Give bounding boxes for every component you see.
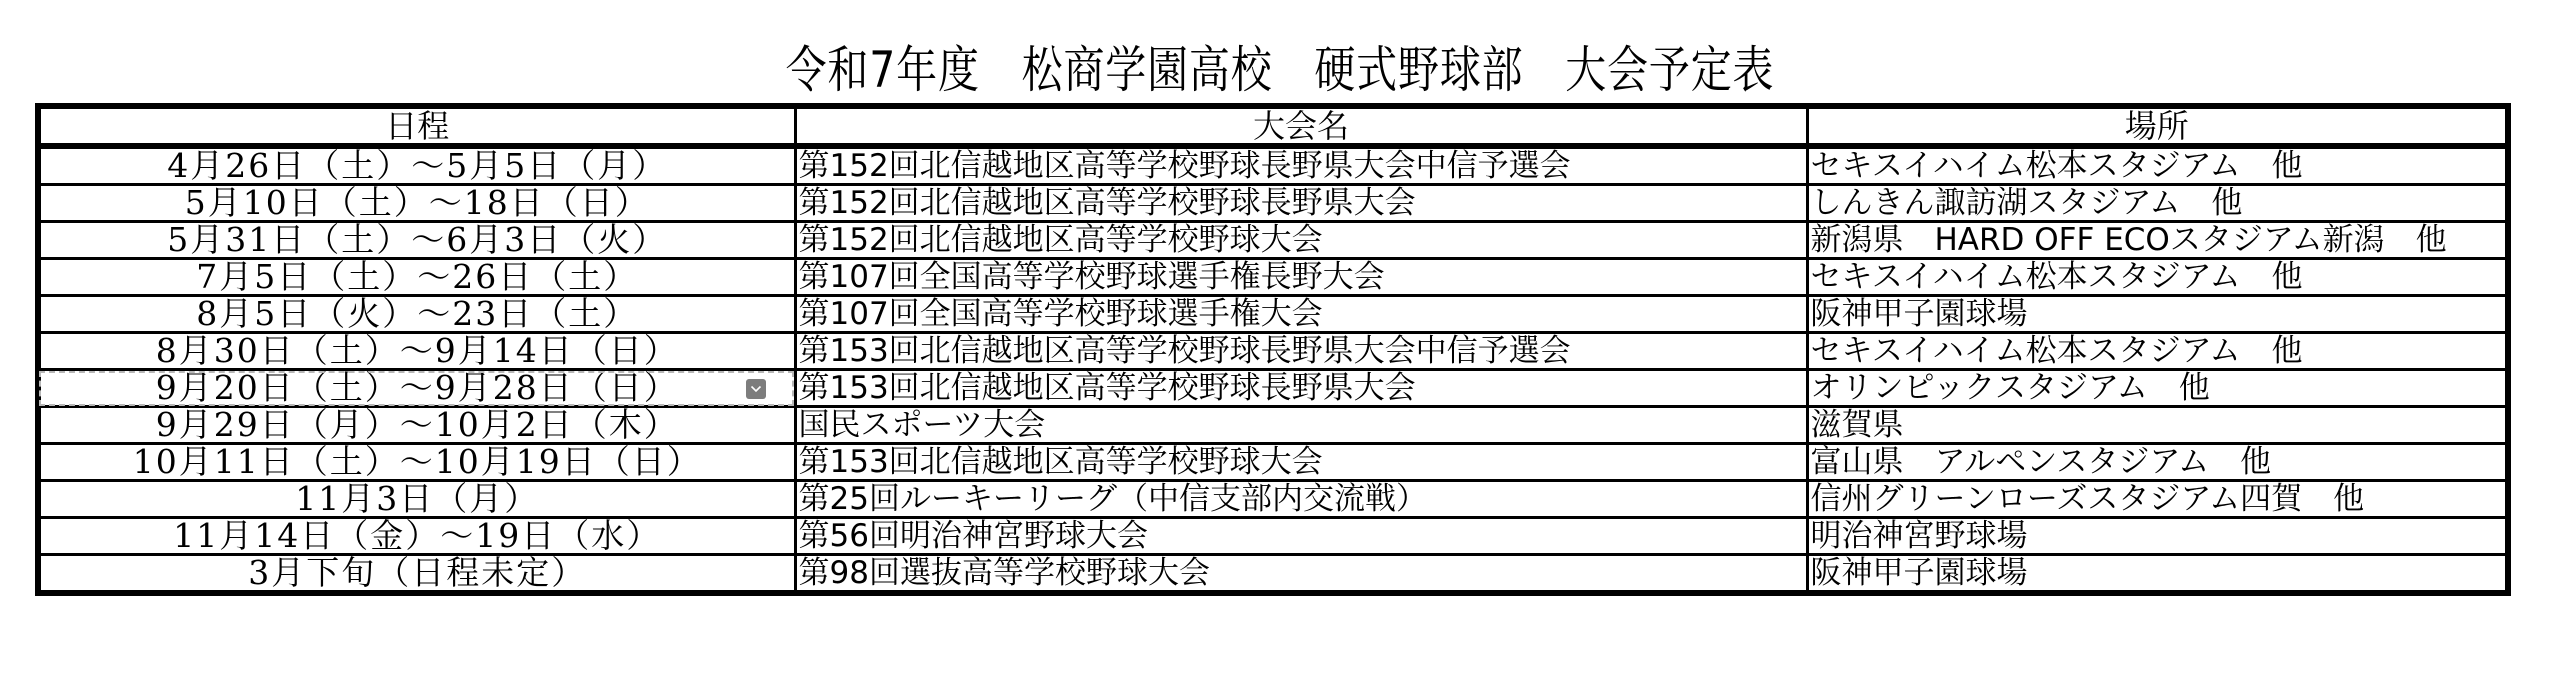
venue-cell[interactable]: オリンピックスタジアム 他 xyxy=(1807,370,2508,407)
header-name: 大会名 xyxy=(795,106,1807,146)
table-row: 9月29日（月）～10月2日（木） 国民スポーツ大会 滋賀県 xyxy=(38,407,2508,444)
header-row: 日程 大会名 場所 xyxy=(38,106,2508,146)
date-cell[interactable]: 8月30日（土）～9月14日（日） xyxy=(38,333,795,370)
date-cell[interactable]: 4月26日（土）～5月5日（月） xyxy=(38,146,795,185)
chevron-down-icon xyxy=(750,385,762,393)
table-row: 8月30日（土）～9月14日（日） 第153回北信越地区高等学校野球長野県大会中… xyxy=(38,333,2508,370)
venue-cell[interactable]: しんきん諏訪湖スタジアム 他 xyxy=(1807,185,2508,222)
page-title: 令和7年度 松商学園高校 硬式野球部 大会予定表 xyxy=(230,40,2329,100)
venue-cell[interactable]: 富山県 アルペンスタジアム 他 xyxy=(1807,444,2508,481)
event-name-cell[interactable]: 第152回北信越地区高等学校野球長野県大会 xyxy=(795,185,1807,222)
event-name-cell[interactable]: 第153回北信越地区高等学校野球長野県大会中信予選会 xyxy=(795,333,1807,370)
date-cell[interactable]: 5月10日（土）～18日（日） xyxy=(38,185,795,222)
table-row: 8月5日（火）～23日（土） 第107回全国高等学校野球選手権大会 阪神甲子園球… xyxy=(38,296,2508,333)
venue-cell[interactable]: 信州グリーンローズスタジアム四賀 他 xyxy=(1807,481,2508,518)
event-name-cell[interactable]: 第107回全国高等学校野球選手権長野大会 xyxy=(795,259,1807,296)
event-name-cell[interactable]: 第107回全国高等学校野球選手権大会 xyxy=(795,296,1807,333)
date-cell-selected[interactable]: 9月20日（土）～9月28日（日） xyxy=(38,370,795,407)
venue-cell[interactable]: 明治神宮野球場 xyxy=(1807,518,2508,555)
event-name-cell[interactable]: 第56回明治神宮野球大会 xyxy=(795,518,1807,555)
date-cell[interactable]: 3月下旬（日程未定） xyxy=(38,555,795,594)
table-row: 3月下旬（日程未定） 第98回選抜高等学校野球大会 阪神甲子園球場 xyxy=(38,555,2508,594)
table-row: 7月5日（土）～26日（土） 第107回全国高等学校野球選手権長野大会 セキスイ… xyxy=(38,259,2508,296)
event-name-cell[interactable]: 第25回ルーキーリーグ（中信支部内交流戦） xyxy=(795,481,1807,518)
venue-cell[interactable]: セキスイハイム松本スタジアム 他 xyxy=(1807,146,2508,185)
table-row: 11月3日（月） 第25回ルーキーリーグ（中信支部内交流戦） 信州グリーンローズ… xyxy=(38,481,2508,518)
date-text: 9月20日（土）～9月28日（日） xyxy=(156,371,679,405)
header-place: 場所 xyxy=(1807,106,2508,146)
event-name-cell[interactable]: 第152回北信越地区高等学校野球長野県大会中信予選会 xyxy=(795,146,1807,185)
date-cell[interactable]: 11月14日（金）～19日（水） xyxy=(38,518,795,555)
schedule-table: 日程 大会名 場所 4月26日（土）～5月5日（月） 第152回北信越地区高等学… xyxy=(35,103,2511,596)
table-row-selected: 9月20日（土）～9月28日（日） 第153回北信越地区高等学校野球長野県大会 … xyxy=(38,370,2508,407)
event-name-cell[interactable]: 第152回北信越地区高等学校野球大会 xyxy=(795,222,1807,259)
venue-cell[interactable]: 阪神甲子園球場 xyxy=(1807,296,2508,333)
date-cell[interactable]: 7月5日（土）～26日（土） xyxy=(38,259,795,296)
venue-cell[interactable]: 阪神甲子園球場 xyxy=(1807,555,2508,594)
date-cell[interactable]: 5月31日（土）～6月3日（火） xyxy=(38,222,795,259)
table-row: 4月26日（土）～5月5日（月） 第152回北信越地区高等学校野球長野県大会中信… xyxy=(38,146,2508,185)
table-row: 10月11日（土）～10月19日（日） 第153回北信越地区高等学校野球大会 富… xyxy=(38,444,2508,481)
venue-cell[interactable]: 滋賀県 xyxy=(1807,407,2508,444)
event-name-cell[interactable]: 第153回北信越地区高等学校野球長野県大会 xyxy=(795,370,1807,407)
date-cell[interactable]: 9月29日（月）～10月2日（木） xyxy=(38,407,795,444)
venue-cell[interactable]: セキスイハイム松本スタジアム 他 xyxy=(1807,333,2508,370)
date-cell[interactable]: 8月5日（火）～23日（土） xyxy=(38,296,795,333)
table-row: 5月10日（土）～18日（日） 第152回北信越地区高等学校野球長野県大会 しん… xyxy=(38,185,2508,222)
date-cell[interactable]: 11月3日（月） xyxy=(38,481,795,518)
event-name-cell[interactable]: 第98回選抜高等学校野球大会 xyxy=(795,555,1807,594)
event-name-cell[interactable]: 第153回北信越地区高等学校野球大会 xyxy=(795,444,1807,481)
event-name-cell[interactable]: 国民スポーツ大会 xyxy=(795,407,1807,444)
venue-cell[interactable]: 新潟県 HARD OFF ECOスタジアム新潟 他 xyxy=(1807,222,2508,259)
table-row: 5月31日（土）～6月3日（火） 第152回北信越地区高等学校野球大会 新潟県 … xyxy=(38,222,2508,259)
header-date: 日程 xyxy=(38,106,795,146)
date-cell[interactable]: 10月11日（土）～10月19日（日） xyxy=(38,444,795,481)
venue-cell[interactable]: セキスイハイム松本スタジアム 他 xyxy=(1807,259,2508,296)
cell-dropdown-button[interactable] xyxy=(746,379,766,399)
table-row: 11月14日（金）～19日（水） 第56回明治神宮野球大会 明治神宮野球場 xyxy=(38,518,2508,555)
